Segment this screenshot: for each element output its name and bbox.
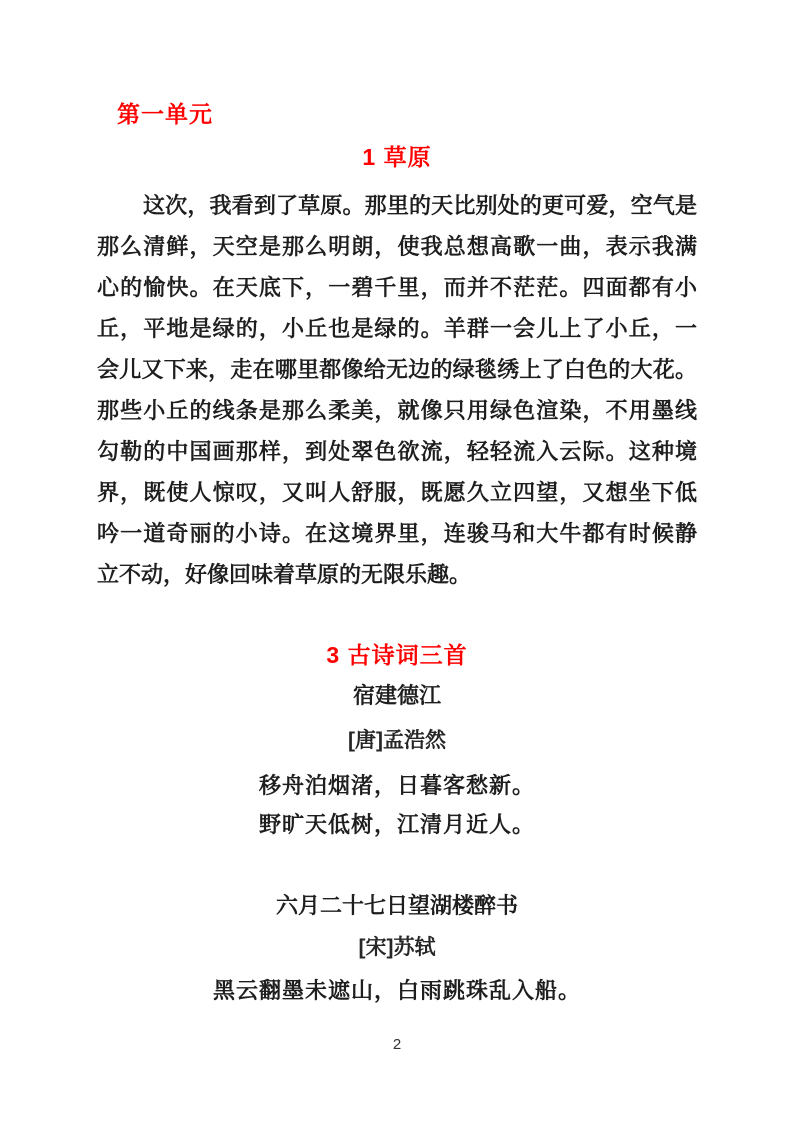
paragraph-line: 丘，平地是绿的，小丘也是绿的。羊群一会儿上了小丘，一 bbox=[97, 308, 697, 349]
poem-1-title: 宿建德江 bbox=[97, 682, 697, 710]
paragraph-line: 立不动，好像回味着草原的无限乐趣。 bbox=[97, 554, 697, 595]
paragraph-line: 吟一道奇丽的小诗。在这境界里，连骏马和大牛都有时候静 bbox=[97, 513, 697, 554]
lesson-1-paragraph: 这次，我看到了草原。那里的天比别处的更可爱，空气是 那么清鲜，天空是那么明朗，使… bbox=[97, 185, 697, 595]
poem-1-author: [唐]孟浩然 bbox=[97, 727, 697, 755]
paragraph-line: 那些小丘的线条是那么柔美，就像只用绿色渲染，不用墨线 bbox=[97, 390, 697, 431]
page-number: 2 bbox=[97, 1036, 697, 1053]
document-page: 第一单元 1 草原 这次，我看到了草原。那里的天比别处的更可爱，空气是 那么清鲜… bbox=[0, 0, 793, 1122]
paragraph-line: 界，既使人惊叹，又叫人舒服，既愿久立四望，又想坐下低 bbox=[97, 472, 697, 513]
paragraph-line: 那么清鲜，天空是那么明朗，使我总想高歌一曲，表示我满 bbox=[97, 226, 697, 267]
unit-title: 第一单元 bbox=[117, 99, 213, 129]
paragraph-line: 勾勒的中国画那样，到处翠色欲流，轻轻流入云际。这种境 bbox=[97, 431, 697, 472]
poem-1-line: 移舟泊烟渚，日暮客愁新。 bbox=[97, 772, 697, 800]
paragraph-line: 心的愉快。在天底下，一碧千里，而并不茫茫。四面都有小 bbox=[97, 267, 697, 308]
paragraph-line: 会儿又下来，走在哪里都像给无边的绿毯绣上了白色的大花。 bbox=[97, 349, 697, 390]
lesson-1-title: 1 草原 bbox=[97, 142, 697, 172]
lesson-3-title: 3 古诗词三首 bbox=[97, 640, 697, 670]
poem-1-line: 野旷天低树，江清月近人。 bbox=[97, 811, 697, 839]
paragraph-line: 这次，我看到了草原。那里的天比别处的更可爱，空气是 bbox=[97, 185, 697, 226]
poem-2-author: [宋]苏轼 bbox=[97, 934, 697, 962]
poem-2-line: 黑云翻墨未遮山，白雨跳珠乱入船。 bbox=[97, 977, 697, 1005]
poem-2-title: 六月二十七日望湖楼醉书 bbox=[97, 892, 697, 920]
